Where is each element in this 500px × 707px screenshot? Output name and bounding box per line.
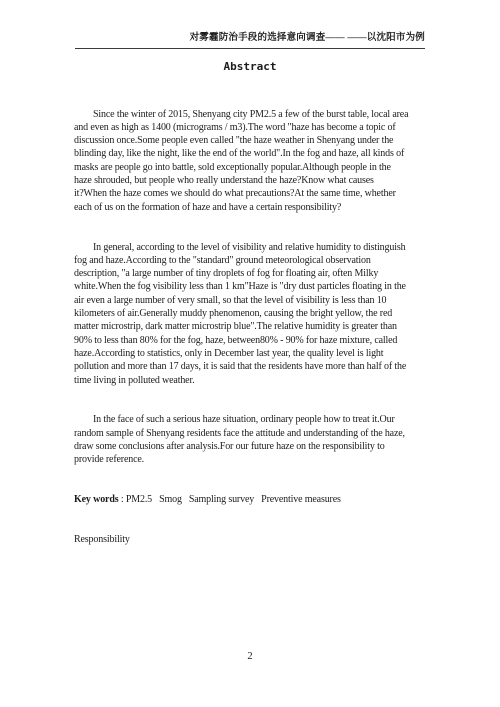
paragraph-1: Since the winter of 2015, Shenyang city … bbox=[74, 108, 430, 214]
keywords-overflow: Responsibility bbox=[74, 533, 430, 546]
keywords-values: : PM2.5 Smog Sampling survey Preventive … bbox=[118, 494, 340, 505]
keywords-label: Key words bbox=[74, 494, 118, 505]
paragraph-3: In the face of such a serious haze situa… bbox=[74, 413, 430, 466]
page-number: 2 bbox=[0, 651, 500, 662]
abstract-title: Abstract bbox=[0, 60, 500, 73]
abstract-body: Since the winter of 2015, Shenyang city … bbox=[74, 81, 430, 573]
keywords-line: Key words : PM2.5 Smog Sampling survey P… bbox=[74, 493, 430, 506]
page-header: 对雾霾防治手段的选择意向调查—— ——以沈阳市为例 bbox=[75, 27, 425, 49]
paragraph-2: In general, according to the level of vi… bbox=[74, 241, 430, 387]
header-title: 对雾霾防治手段的选择意向调查—— ——以沈阳市为例 bbox=[190, 33, 425, 43]
document-page: 对雾霾防治手段的选择意向调查—— ——以沈阳市为例 Abstract Since… bbox=[0, 0, 500, 707]
